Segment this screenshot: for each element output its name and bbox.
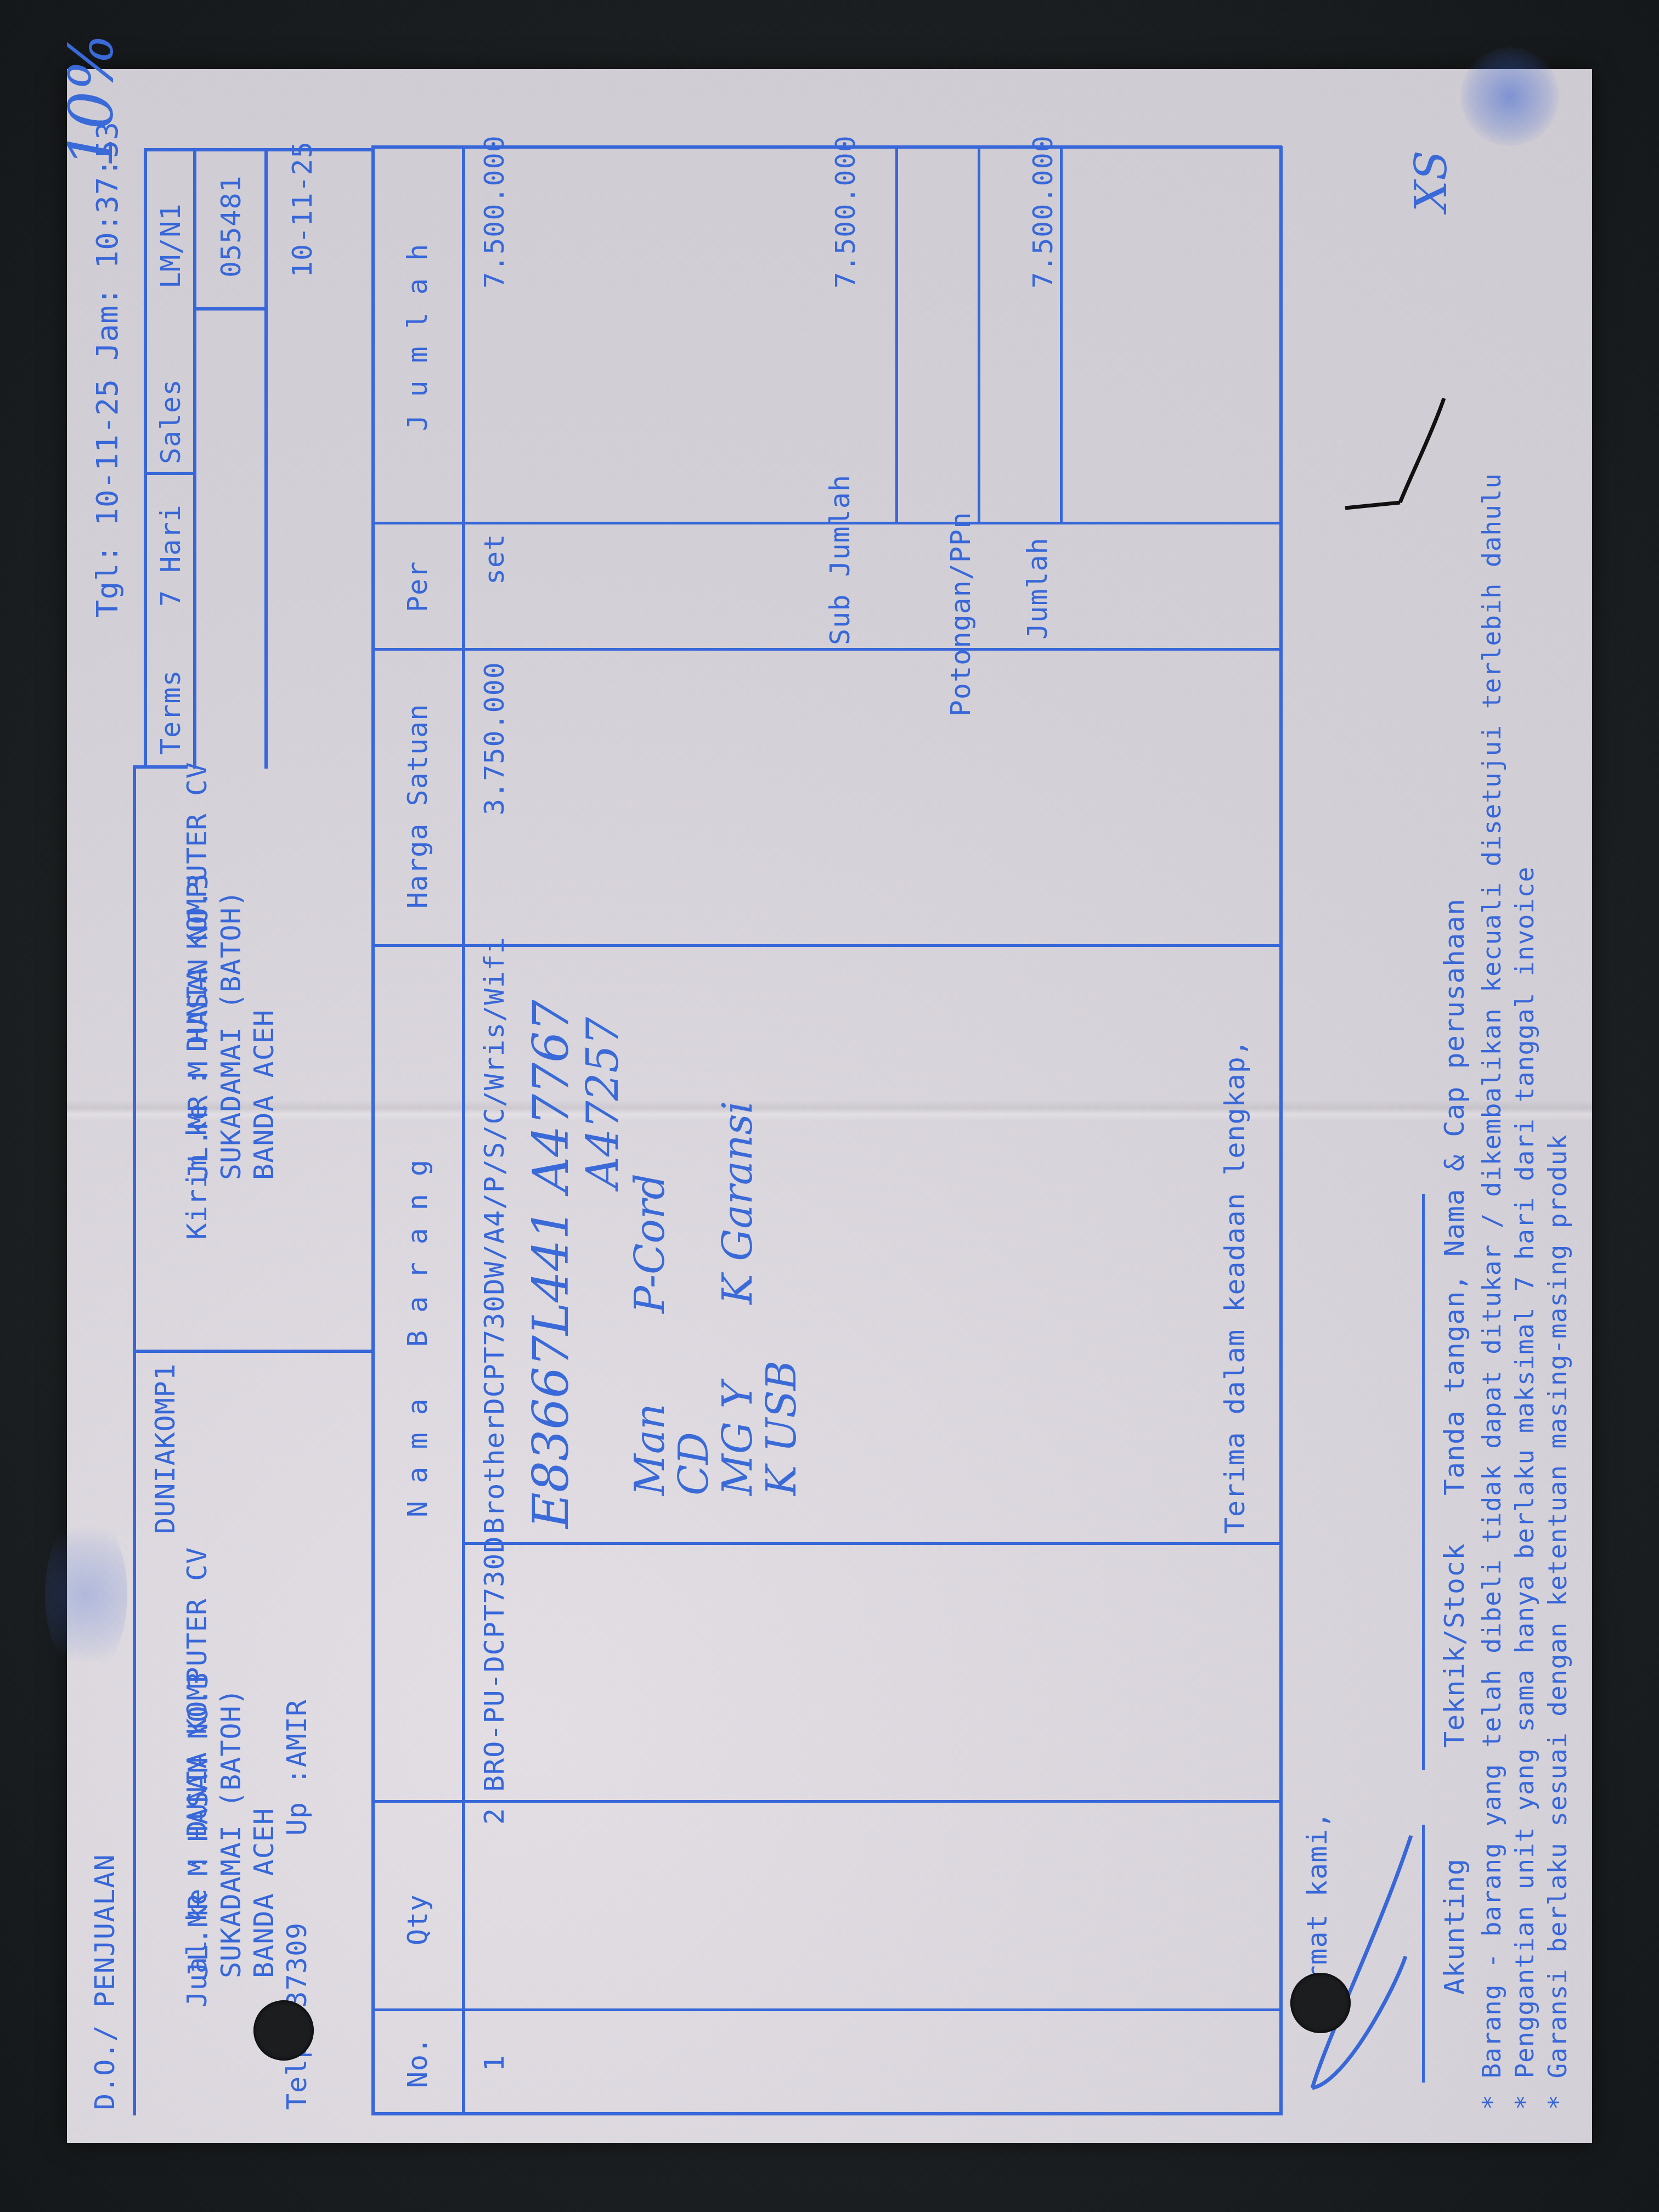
footer-note-1: * Barang - barang yang telah dibeli tida… <box>1477 473 1506 2110</box>
row-per: set <box>478 534 510 585</box>
document-date-time: Tgl: 10-11-25 Jam: 10:37:53 <box>92 121 123 618</box>
document-number: 055481 <box>215 175 247 278</box>
ship-to-address-1: JL.MR M HASAN NO.3 <box>182 873 214 1180</box>
seller-address-1: JL.MR M HASAN NO.3 <box>182 1671 214 1978</box>
ship-to-address-2: SUKADAMAI (BATOH) <box>215 890 247 1180</box>
row-qty: 2 <box>478 1808 510 1825</box>
handwritten-note-line-3: Man P-Cord <box>627 1173 674 1496</box>
handwritten-serial-line-2: A47257 <box>577 1017 628 1188</box>
header-nama-barang: N a m a B a r a n g <box>402 1159 433 1517</box>
seller-address-3: BANDA ACEH <box>248 1808 280 1978</box>
footer-note-2: * Penggantian unit yang sama hanya berla… <box>1510 866 1539 2110</box>
handwritten-initials: XS <box>1406 150 1457 212</box>
handwritten-percentage: 10% <box>56 34 126 168</box>
row-harga-satuan: 3.750.000 <box>478 662 510 815</box>
sign-label-tanda-tangan: Tanda tangan, Nama & Cap perusahaan <box>1438 898 1470 1496</box>
potongan-label: Potongan/PPn <box>945 512 977 716</box>
delivery-order-sheet: D.O./ PENJUALAN Tgl: 10-11-25 Jam: 10:37… <box>67 69 1592 2143</box>
handwritten-serial-line-1: E83667L441 A47767 <box>522 1000 580 1528</box>
jumlah-label: Jumlah <box>1022 537 1053 640</box>
check-mark-icon <box>1329 382 1449 524</box>
header-harga-satuan: Harga Satuan <box>402 704 433 909</box>
header-jumlah: J u m l a h <box>402 244 433 431</box>
jumlah-value: 7.500.000 <box>1027 135 1059 289</box>
terima-lengkap: Terima dalam keadaan lengkap, <box>1219 1039 1251 1534</box>
seller-address-2: SUKADAMAI (BATOH) <box>215 1688 247 1978</box>
sign-label-teknik-stock: Teknik/Stock <box>1438 1543 1470 1748</box>
handwritten-note-line-4: CD <box>670 1432 718 1496</box>
ship-to-address-3: BANDA ACEH <box>248 1009 280 1180</box>
header-no: No. <box>402 2037 433 2088</box>
sign-label-akunting: Akunting <box>1438 1858 1470 1995</box>
seller-code: DUNIAKOMP1 <box>149 1363 181 1534</box>
document-date: 10-11-25 <box>286 141 318 278</box>
seller-up: Up :AMIR <box>281 1699 313 1836</box>
header-qty: Qty <box>402 1894 433 1945</box>
sales-value: LM/N1 <box>155 203 187 289</box>
handwritten-note-line-6: K USB <box>758 1361 805 1496</box>
ink-stain <box>1460 47 1559 146</box>
document-title: D.O./ PENJUALAN <box>89 1854 121 2110</box>
row-description: BrotherDCPT730DW/A4/P/S/C/Wris/Wifi <box>478 936 510 1534</box>
signature-scribble <box>1296 1814 1427 2099</box>
row-no: 1 <box>478 2055 510 2072</box>
punch-hole <box>253 2000 314 2061</box>
row-jumlah: 7.500.000 <box>478 135 510 289</box>
sub-jumlah-label: Sub Jumlah <box>824 475 856 645</box>
ink-stain <box>45 1512 127 1677</box>
sub-jumlah-value: 7.500.000 <box>830 135 861 289</box>
row-item-code: BRO-PU-DCPT730D <box>478 1536 510 1792</box>
terms-value: 7 Hari <box>155 504 187 607</box>
footer-note-3: * Garansi berlaku sesuai dengan ketentua… <box>1543 1134 1572 2110</box>
punch-hole <box>1290 1973 1351 2033</box>
handwritten-note-line-5: MG Y K Garansi <box>714 1101 761 1496</box>
sales-label: Sales <box>155 379 187 464</box>
header-per: Per <box>402 561 433 612</box>
terms-label: Terms <box>155 669 187 755</box>
